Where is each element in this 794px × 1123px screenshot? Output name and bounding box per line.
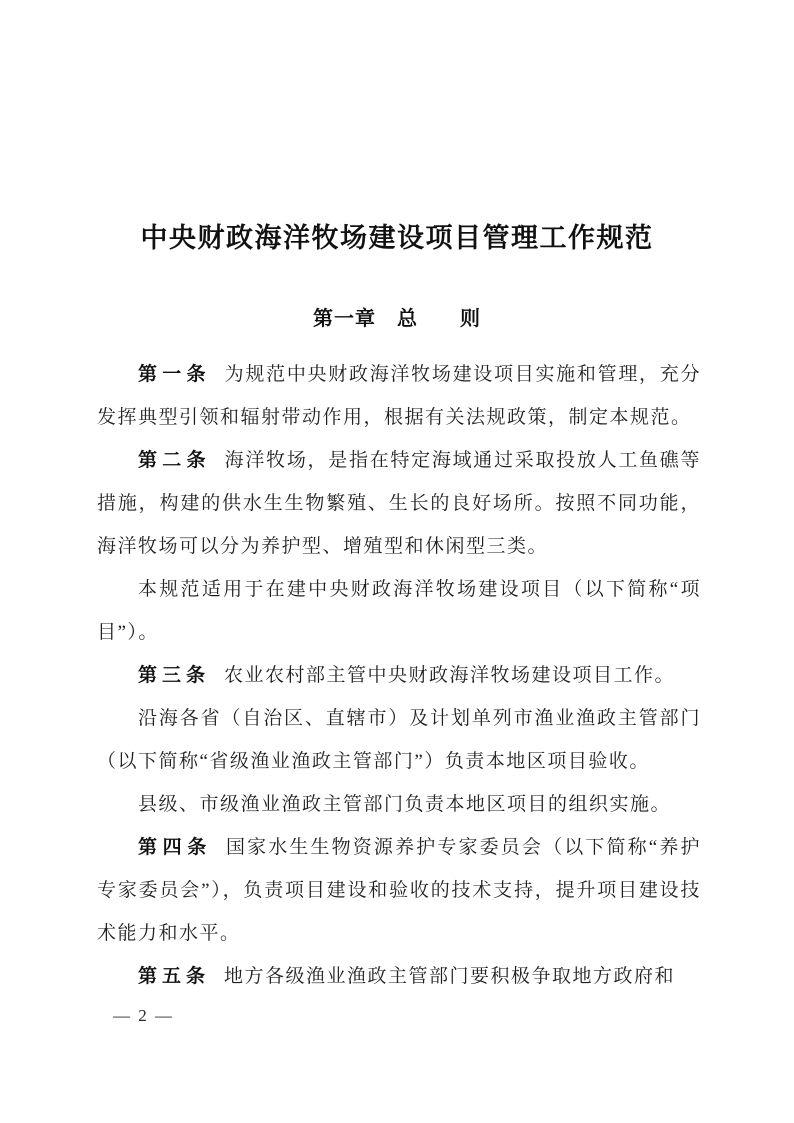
paragraph: 第五条地方各级渔业渔政主管部门要积极争取地方政府和 bbox=[97, 955, 701, 998]
paragraph-text: 县级、市级渔业渔政主管部门负责本地区项目的组织实施。 bbox=[138, 794, 671, 815]
paragraph-text: 本规范适用于在建中央财政海洋牧场建设项目（以下简称“项目”）。 bbox=[97, 579, 701, 643]
paragraph: 第三条农业农村部主管中央财政海洋牧场建设项目工作。 bbox=[97, 654, 701, 697]
document-body: 第一条为规范中央财政海洋牧场建设项目实施和管理，充分发挥典型引领和辐射带动作用，… bbox=[97, 353, 701, 998]
article-number-label: 第四条 bbox=[138, 837, 212, 858]
paragraph: 县级、市级渔业渔政主管部门负责本地区项目的组织实施。 bbox=[97, 783, 701, 826]
paragraph: 沿海各省（自治区、直辖市）及计划单列市渔业渔政主管部门（以下简称“省级渔业渔政主… bbox=[97, 697, 701, 783]
page-number: — 2 — bbox=[113, 1006, 174, 1026]
paragraph-text: 沿海各省（自治区、直辖市）及计划单列市渔业渔政主管部门（以下简称“省级渔业渔政主… bbox=[97, 708, 701, 772]
article-number-label: 第二条 bbox=[138, 450, 211, 471]
chapter-heading: 第一章 总 则 bbox=[0, 306, 794, 332]
paragraph: 第一条为规范中央财政海洋牧场建设项目实施和管理，充分发挥典型引领和辐射带动作用，… bbox=[97, 353, 701, 439]
document-page: 中央财政海洋牧场建设项目管理工作规范 第一章 总 则 第一条为规范中央财政海洋牧… bbox=[0, 0, 794, 1123]
article-number-label: 第五条 bbox=[138, 966, 210, 987]
document-title: 中央财政海洋牧场建设项目管理工作规范 bbox=[0, 221, 794, 255]
article-number-label: 第一条 bbox=[138, 364, 211, 385]
paragraph-text: 农业农村部主管中央财政海洋牧场建设项目工作。 bbox=[224, 665, 675, 686]
paragraph-text: 地方各级渔业渔政主管部门要积极争取地方政府和 bbox=[224, 966, 675, 987]
article-number-label: 第三条 bbox=[138, 665, 210, 686]
paragraph: 本规范适用于在建中央财政海洋牧场建设项目（以下简称“项目”）。 bbox=[97, 568, 701, 654]
paragraph: 第二条海洋牧场，是指在特定海域通过采取投放人工鱼礁等措施，构建的供水生生物繁殖、… bbox=[97, 439, 701, 568]
paragraph: 第四条国家水生生物资源养护专家委员会（以下简称“养护专家委员会”），负责项目建设… bbox=[97, 826, 701, 955]
